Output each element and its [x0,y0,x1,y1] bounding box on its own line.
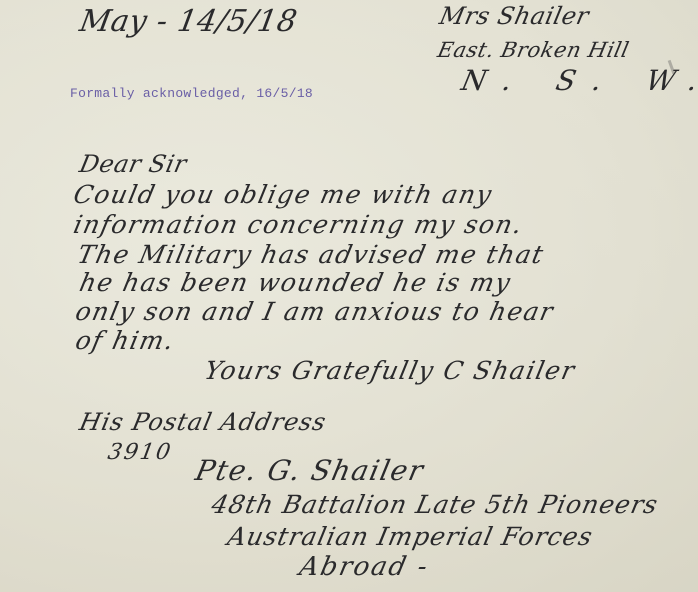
body-line: information concerning my son. [71,210,526,239]
body-line: only son and I am anxious to hear [73,297,557,326]
soldier-unit: 48th Battalion Late 5th Pioneers [209,490,661,519]
letter-page: May - 14/5/18 Mrs Shailer East. Broken H… [0,0,698,592]
letter-date: May - 14/5/18 [77,4,300,39]
body-line: of him. [73,326,178,355]
body-line: Could you oblige me with any [71,180,495,209]
body-line: he has been wounded he is my [77,268,514,297]
sender-name: Mrs Shailer [437,2,592,30]
body-line: The Military has advised me that [75,240,547,269]
soldier-force: Australian Imperial Forces [225,522,596,551]
salutation: Dear Sir [77,150,189,178]
sender-state: N. S. W. [458,64,698,97]
sender-town: East. Broken Hill [435,38,631,62]
acknowledgement-stamp: Formally acknowledged, 16/5/18 [70,86,313,101]
soldier-location: Abroad - [297,552,432,582]
closing-signature: Yours Gratefully C Shailer [202,356,578,385]
regimental-number: 3910 [106,440,174,465]
soldier-name: Pte. G. Shailer [192,454,427,487]
postal-address-label: His Postal Address [77,408,329,436]
